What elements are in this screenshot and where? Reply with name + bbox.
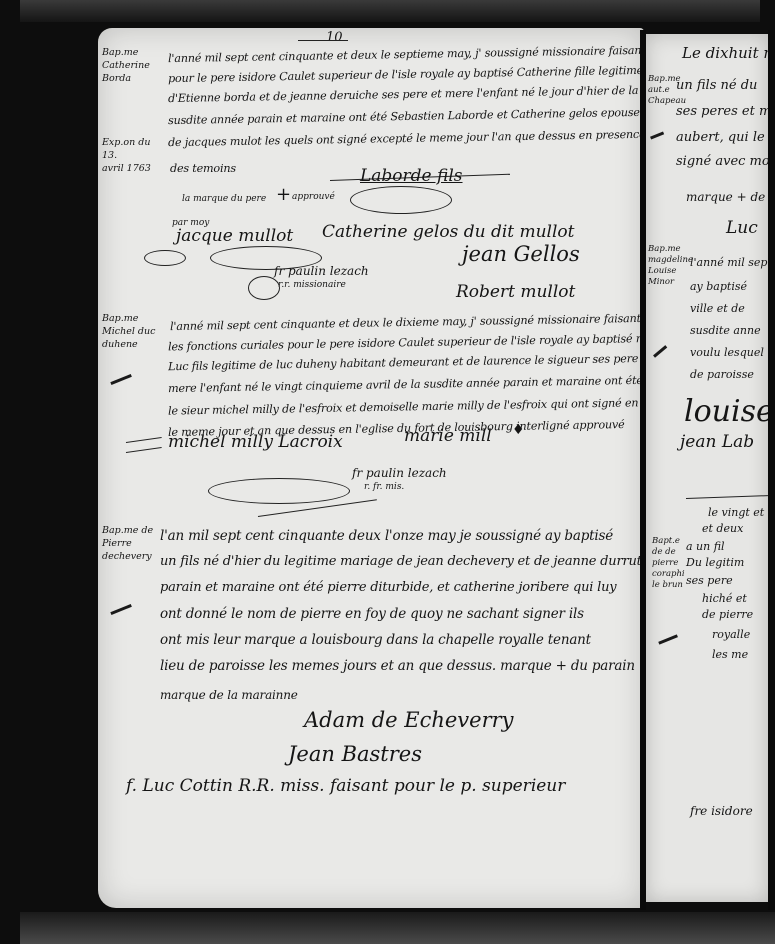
margin-dash-mark [110,374,131,385]
margin-line: Pierre [102,537,164,550]
right-margin-note-2: Bap.me magdeline Louise Minor [648,244,684,288]
right-entry-3-line-4: Du legitim [686,556,744,569]
right-entry-3-line-5: ses pere [686,574,733,587]
margin-dash-mark [653,345,667,357]
right-entry-2-line-4: susdite anne [690,324,761,337]
page-number-rule [298,40,348,41]
margin-line: Michel duc [102,325,164,338]
margin-line: Bap.me [102,46,164,59]
signature-jean-bastres: Jean Bastres [288,742,422,766]
margin-note-pierre-dechevery: Bap.me de Pierre dechevery [102,524,164,563]
margin-line: dechevery [102,550,164,563]
right-entry-2-line-1: l'anné mil sep [690,256,767,269]
right-entry-2-line-5: voulu lesquel [690,346,764,359]
right-entry-1-line-4: aubert, qui le [676,130,765,145]
margin-line: Catherine [102,59,164,72]
margin-line: Bap.me [102,312,164,325]
right-entry-3-line-6: hiché et [702,592,747,605]
margin-line: Bap.me [648,244,684,255]
page-number: 10 [326,30,343,45]
right-edge-shadow [768,30,775,910]
entry-1-line-1: l'anné mil sept cent cinquante et deux l… [168,44,644,65]
right-entry-1-line-3: ses peres et mere [676,104,768,119]
margin-line: Bap.me de [102,524,164,537]
margin-line: Borda [102,72,164,85]
margin-dash-mark [110,604,131,615]
signature-michel-milly: michel milly Lacroix [168,432,343,452]
margin-line: de de [652,547,688,558]
entry-3-line-2: un fils né d'hier du legitime mariage de… [160,554,644,569]
signature-adam-de-echeverry: Adam de Echeverry [304,708,514,732]
margin-line: Louise [648,266,684,277]
signature-flourish [350,186,452,214]
right-entry-3-line-8: royalle [712,628,750,641]
right-signature-louise: louise [684,394,768,429]
entry-3-line-7: marque de la marainne [160,688,298,702]
entry-1-line-3: d'Etienne borda et de jeanne deruiche se… [168,84,639,105]
signature-laborde: Laborde fils [360,166,463,186]
entry-2-line-4: mere l'enfant né le vingt cinquieme avri… [168,374,643,395]
right-signature-luc: Luc [726,218,758,238]
margin-line: Bapt.e [652,536,688,547]
left-page: 10 Bap.me Catherine Borda Exp.on du 13. … [98,28,644,908]
right-entry-3-line-1: le vingt et [708,506,764,519]
right-entry-3-line-9: les me [712,648,748,661]
right-entry-3-line-7: de pierre [702,608,753,621]
priest-title-2: r. fr. mis. [364,482,404,492]
signature-catherine-gelos: Catherine gelos du dit mullot [322,222,575,242]
right-entry-3-line-2: et deux [702,522,743,535]
entry-2-line-1: l'anné mil sept cent cinquante et deux l… [170,312,641,333]
signature-priest-lezach: fr paulin lezach [274,264,369,278]
right-signature-jean-lab: jean Lab [680,432,754,452]
right-entry-1-line-1: Le dixhuit m [682,44,768,62]
entry-3-line-4: ont donné le nom de pierre en foy de quo… [160,606,584,622]
cross-mark-icon: + [276,184,291,205]
margin-line: magdeline [648,255,684,266]
right-entry-1-line-5: signé avec mo [676,154,768,169]
right-entry-2-line-3: ville et de [690,302,745,315]
signature-flourish [144,250,186,266]
entry-1-line-5: de jacques mulot les quels ont signé exc… [168,128,644,149]
right-footer-signature: fre isidore [690,804,753,818]
margin-line: coraphi [652,569,688,580]
signature-marie-milly: marie mill [404,426,492,446]
scanner-top-edge [20,0,760,22]
right-page: Bap.me aut.e Chapeau Le dixhuit m un fil… [646,34,768,902]
entry-3-line-5: ont mis leur marque a louisbourg dans la… [160,632,591,648]
signature-luc-cottin: f. Luc Cottin R.R. miss. faisant pour le… [126,776,565,796]
right-entry-2-line-2: ay baptisé [690,280,747,293]
signature-flourish [248,276,280,300]
entry-2-line-2: les fonctions curiales pour le pere isid… [168,332,644,354]
entry-1-line-4: susdite année parain et maraine ont été … [168,106,640,127]
priest-title: r.r. missionaire [278,280,346,290]
margin-line: pierre [652,558,688,569]
signature-priest-lezach-2: fr paulin lezach [352,466,447,480]
margin-dash-mark [650,131,664,139]
entry-3-line-6: lieu de paroisse les memes jours et an q… [160,658,635,674]
signature-rule [126,437,162,443]
entry-1-line-6: des temoins [170,162,236,175]
signature-rule [686,495,768,499]
margin-line: Exp.on du 13. [102,136,164,162]
scanner-bottom-edge [20,912,775,944]
margin-note-catherine-borda: Bap.me Catherine Borda [102,46,164,85]
ink-blot: ♦ [512,422,525,438]
signature-rule [126,447,162,453]
margin-line: Minor [648,277,684,288]
margin-dash-mark [658,634,677,644]
signature-jean-gellos: jean Gellos [462,242,580,266]
right-entry-3-line-3: a un fil [686,540,725,553]
margin-note-expedition: Exp.on du 13. avril 1763 [102,136,164,175]
entry-3-line-1: l'an mil sept cent cinquante deux l'onze… [160,528,613,544]
margin-line: avril 1763 [102,162,164,175]
margin-line: duhene [102,338,164,351]
signature-flourish [208,478,350,504]
right-entry-1-line-2: un fils né du [676,78,757,93]
entry-2-line-3: Luc fils legitime de luc duheny habitant… [168,352,644,373]
entry-3-line-3: parain et maraine ont été pierre diturbi… [160,580,616,595]
signature-jacques-mullot: jacque mullot [176,226,293,246]
signature-robert-mullot: Robert mullot [456,282,575,302]
right-margin-note-3: Bapt.e de de pierre coraphi le brun [652,536,688,591]
approved-note: approuvé [292,192,335,202]
entry-2-line-5: le sieur michel milly de l'esfroix et de… [168,395,644,417]
margin-line: le brun [652,580,688,591]
entry-1-line-2: pour le pere isidore Caulet superieur de… [168,64,643,85]
mark-note: la marque du pere [182,194,266,204]
margin-note-michel-duheny: Bap.me Michel duc duhene [102,312,164,351]
right-entry-1-line-7: marque + de la [686,190,768,204]
right-entry-2-line-6: de paroisse [690,368,754,381]
